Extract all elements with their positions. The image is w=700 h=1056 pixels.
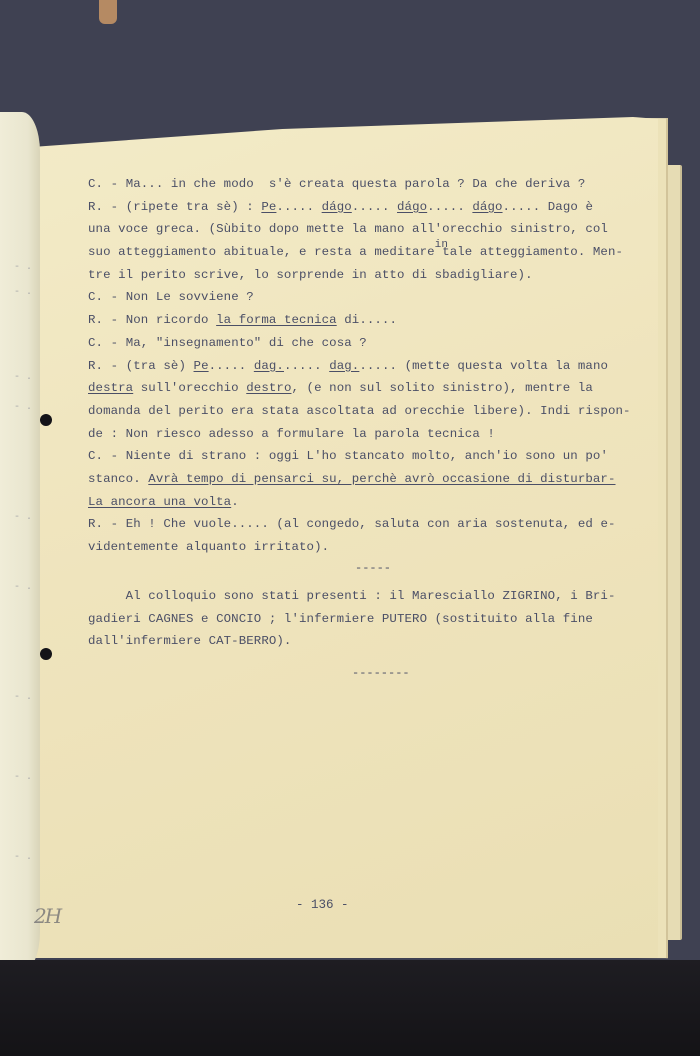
transcript-line: tre il perito scrive, lo sorprende in at… [88, 264, 648, 287]
transcript-line: C. - Niente di strano : oggi L'ho stanca… [88, 445, 648, 468]
transcript-line: La ancora una volta. [88, 491, 648, 514]
transcript-line: R. - (tra sè) Pe..... dag...... dag.....… [88, 355, 648, 378]
underlined-phrase: Avrà tempo di pensarci su, perchè avrò o… [148, 472, 615, 486]
transcript-line: C. - Non Le sovviene ? [88, 286, 648, 309]
underlined-word: Pe [194, 359, 209, 373]
transcript-line: C. - Ma... in che modo s'è creata questa… [88, 173, 648, 196]
transcript-line: domanda del perito era stata ascoltata a… [88, 400, 648, 423]
pencil-annotation: 2H [34, 904, 60, 928]
underlined-phrase: La ancora una volta [88, 495, 231, 509]
transcript-body: C. - Ma... in che modo s'è creata questa… [88, 173, 648, 559]
underlined-word: dágo [397, 200, 427, 214]
closing-line: gadieri CAGNES e CONCIO ; l'infermiere P… [88, 608, 648, 631]
transcript-line: videntemente alquanto irritato). [88, 536, 648, 559]
transcript-line: stanco. Avrà tempo di pensarci su, perch… [88, 468, 648, 491]
superscript-insertion: in [435, 234, 448, 257]
transcript-line: R. - Eh ! Che vuole..... (al congedo, sa… [88, 513, 648, 536]
closing-paragraph: Al colloquio sono stati presenti : il Ma… [88, 585, 648, 653]
closing-line: Al colloquio sono stati presenti : il Ma… [88, 585, 648, 608]
transcript-line: R. - Non ricordo la forma tecnica di....… [88, 309, 648, 332]
underlined-word: Pe [261, 200, 276, 214]
binder-hole-bottom [40, 648, 52, 660]
transcript-line: suo atteggiamento abituale, e resta a me… [88, 241, 648, 264]
closing-line: dall'infermiere CAT-BERRO). [88, 630, 648, 653]
underlined-phrase: la forma tecnica [216, 313, 337, 327]
underlined-word: dag. [329, 359, 359, 373]
end-separator: -------- [352, 666, 410, 680]
underlined-word: destra [88, 381, 133, 395]
binder-tab [99, 0, 117, 24]
facing-page-marks: - . - . - . - . - . - . - . - . - . [8, 112, 38, 972]
binder-hole-top [40, 414, 52, 426]
transcript-line: C. - Ma, "insegnamento" di che cosa ? [88, 332, 648, 355]
transcript-line: R. - (ripete tra sè) : Pe..... dágo.....… [88, 196, 648, 219]
underlined-word: dágo [322, 200, 352, 214]
transcript-line: destra sull'orecchio destro, (e non sul … [88, 377, 648, 400]
section-separator: ----- [355, 561, 391, 575]
transcript-line: una voce greca. (Sùbito dopo mette la ma… [88, 218, 648, 241]
underlined-word: dágo [472, 200, 502, 214]
transcript-line: de : Non riesco adesso a formulare la pa… [88, 423, 648, 446]
facing-page-edge: - . - . - . - . - . - . - . - . - . [0, 112, 40, 972]
dark-background [0, 960, 700, 1056]
page-number: - 136 - [296, 898, 349, 912]
underlined-word: dag. [254, 359, 284, 373]
underlined-word: destro [246, 381, 291, 395]
